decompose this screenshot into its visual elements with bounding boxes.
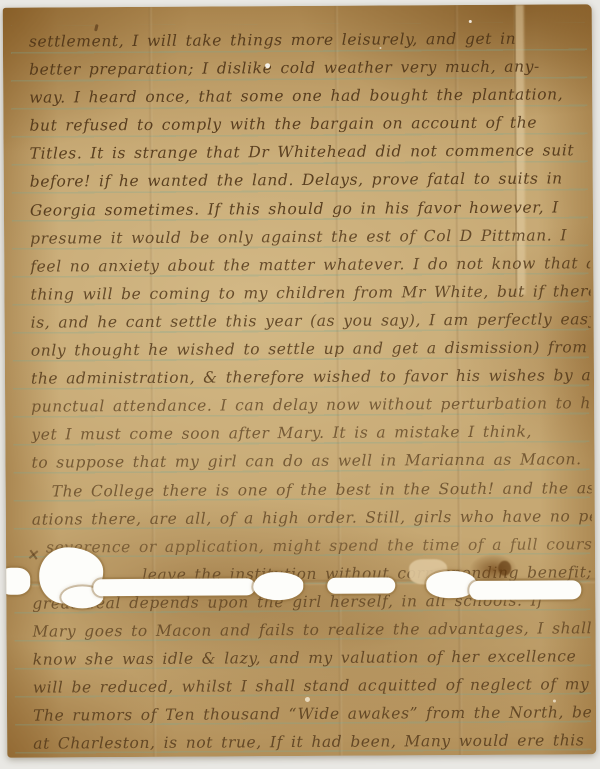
handwritten-line: know she was idle & lazy, and my valuati… [33,642,593,674]
handwritten-line: but refused to comply with the bargain o… [29,109,589,141]
paper-hole [93,578,255,596]
handwritten-line: punctual attendance. I can delay now wit… [31,389,591,421]
paper-hole [426,571,476,598]
paper-hole [3,568,31,595]
handwritten-line: settlement, I will take things more leis… [29,24,589,56]
handwritten-line: is, and he cant settle this year (as you… [31,305,591,337]
handwritten-line: to suppose that my girl can do as well i… [31,446,591,478]
scanned-letter-scene: settlement, I will take things more leis… [0,0,600,769]
handwritten-line: thing will be coming to my children from… [30,277,590,309]
handwritten-line: will be reduced, whilst I shall stand ac… [33,670,593,702]
paper-hole [469,580,581,600]
handwritten-line: Mary goes to Macon and fails to realize … [32,614,592,646]
handwritten-text: settlement, I will take things more leis… [29,24,593,758]
handwritten-line: before! if he wanted the land. Delays, p… [30,165,590,197]
handwritten-line: at Charleston, is not true, If it had be… [33,727,593,758]
paper-hole [327,577,395,593]
letter-paper: settlement, I will take things more leis… [3,4,597,758]
paper-hole [253,572,303,600]
handwritten-line: The rumors of Ten thousand “Wide awakes”… [33,698,593,730]
handwritten-line: feel no anxiety about the matter whateve… [30,249,590,281]
handwritten-line: Titles. It is strange that Dr Whitehead … [30,137,590,169]
handwritten-line: only thought he wished to settle up and … [31,333,591,365]
adhesive-stain-dot [498,561,511,576]
paper-flecks [265,63,270,68]
handwritten-line: better preparation; I dislike cold weath… [29,52,589,84]
handwritten-line: way. I heard once, that some one had bou… [29,80,589,112]
handwritten-line: yet I must come soon after Mary. It is a… [31,418,591,450]
handwritten-line: Georgia sometimes. If this should go in … [30,193,590,225]
handwritten-line: presume it would be only against the est… [30,221,590,253]
handwritten-line: the administration, & therefore wished t… [31,361,591,393]
handwritten-line: The College there is one of the best in … [32,474,592,506]
handwritten-line: ations there, are all, of a high order. … [32,502,592,534]
